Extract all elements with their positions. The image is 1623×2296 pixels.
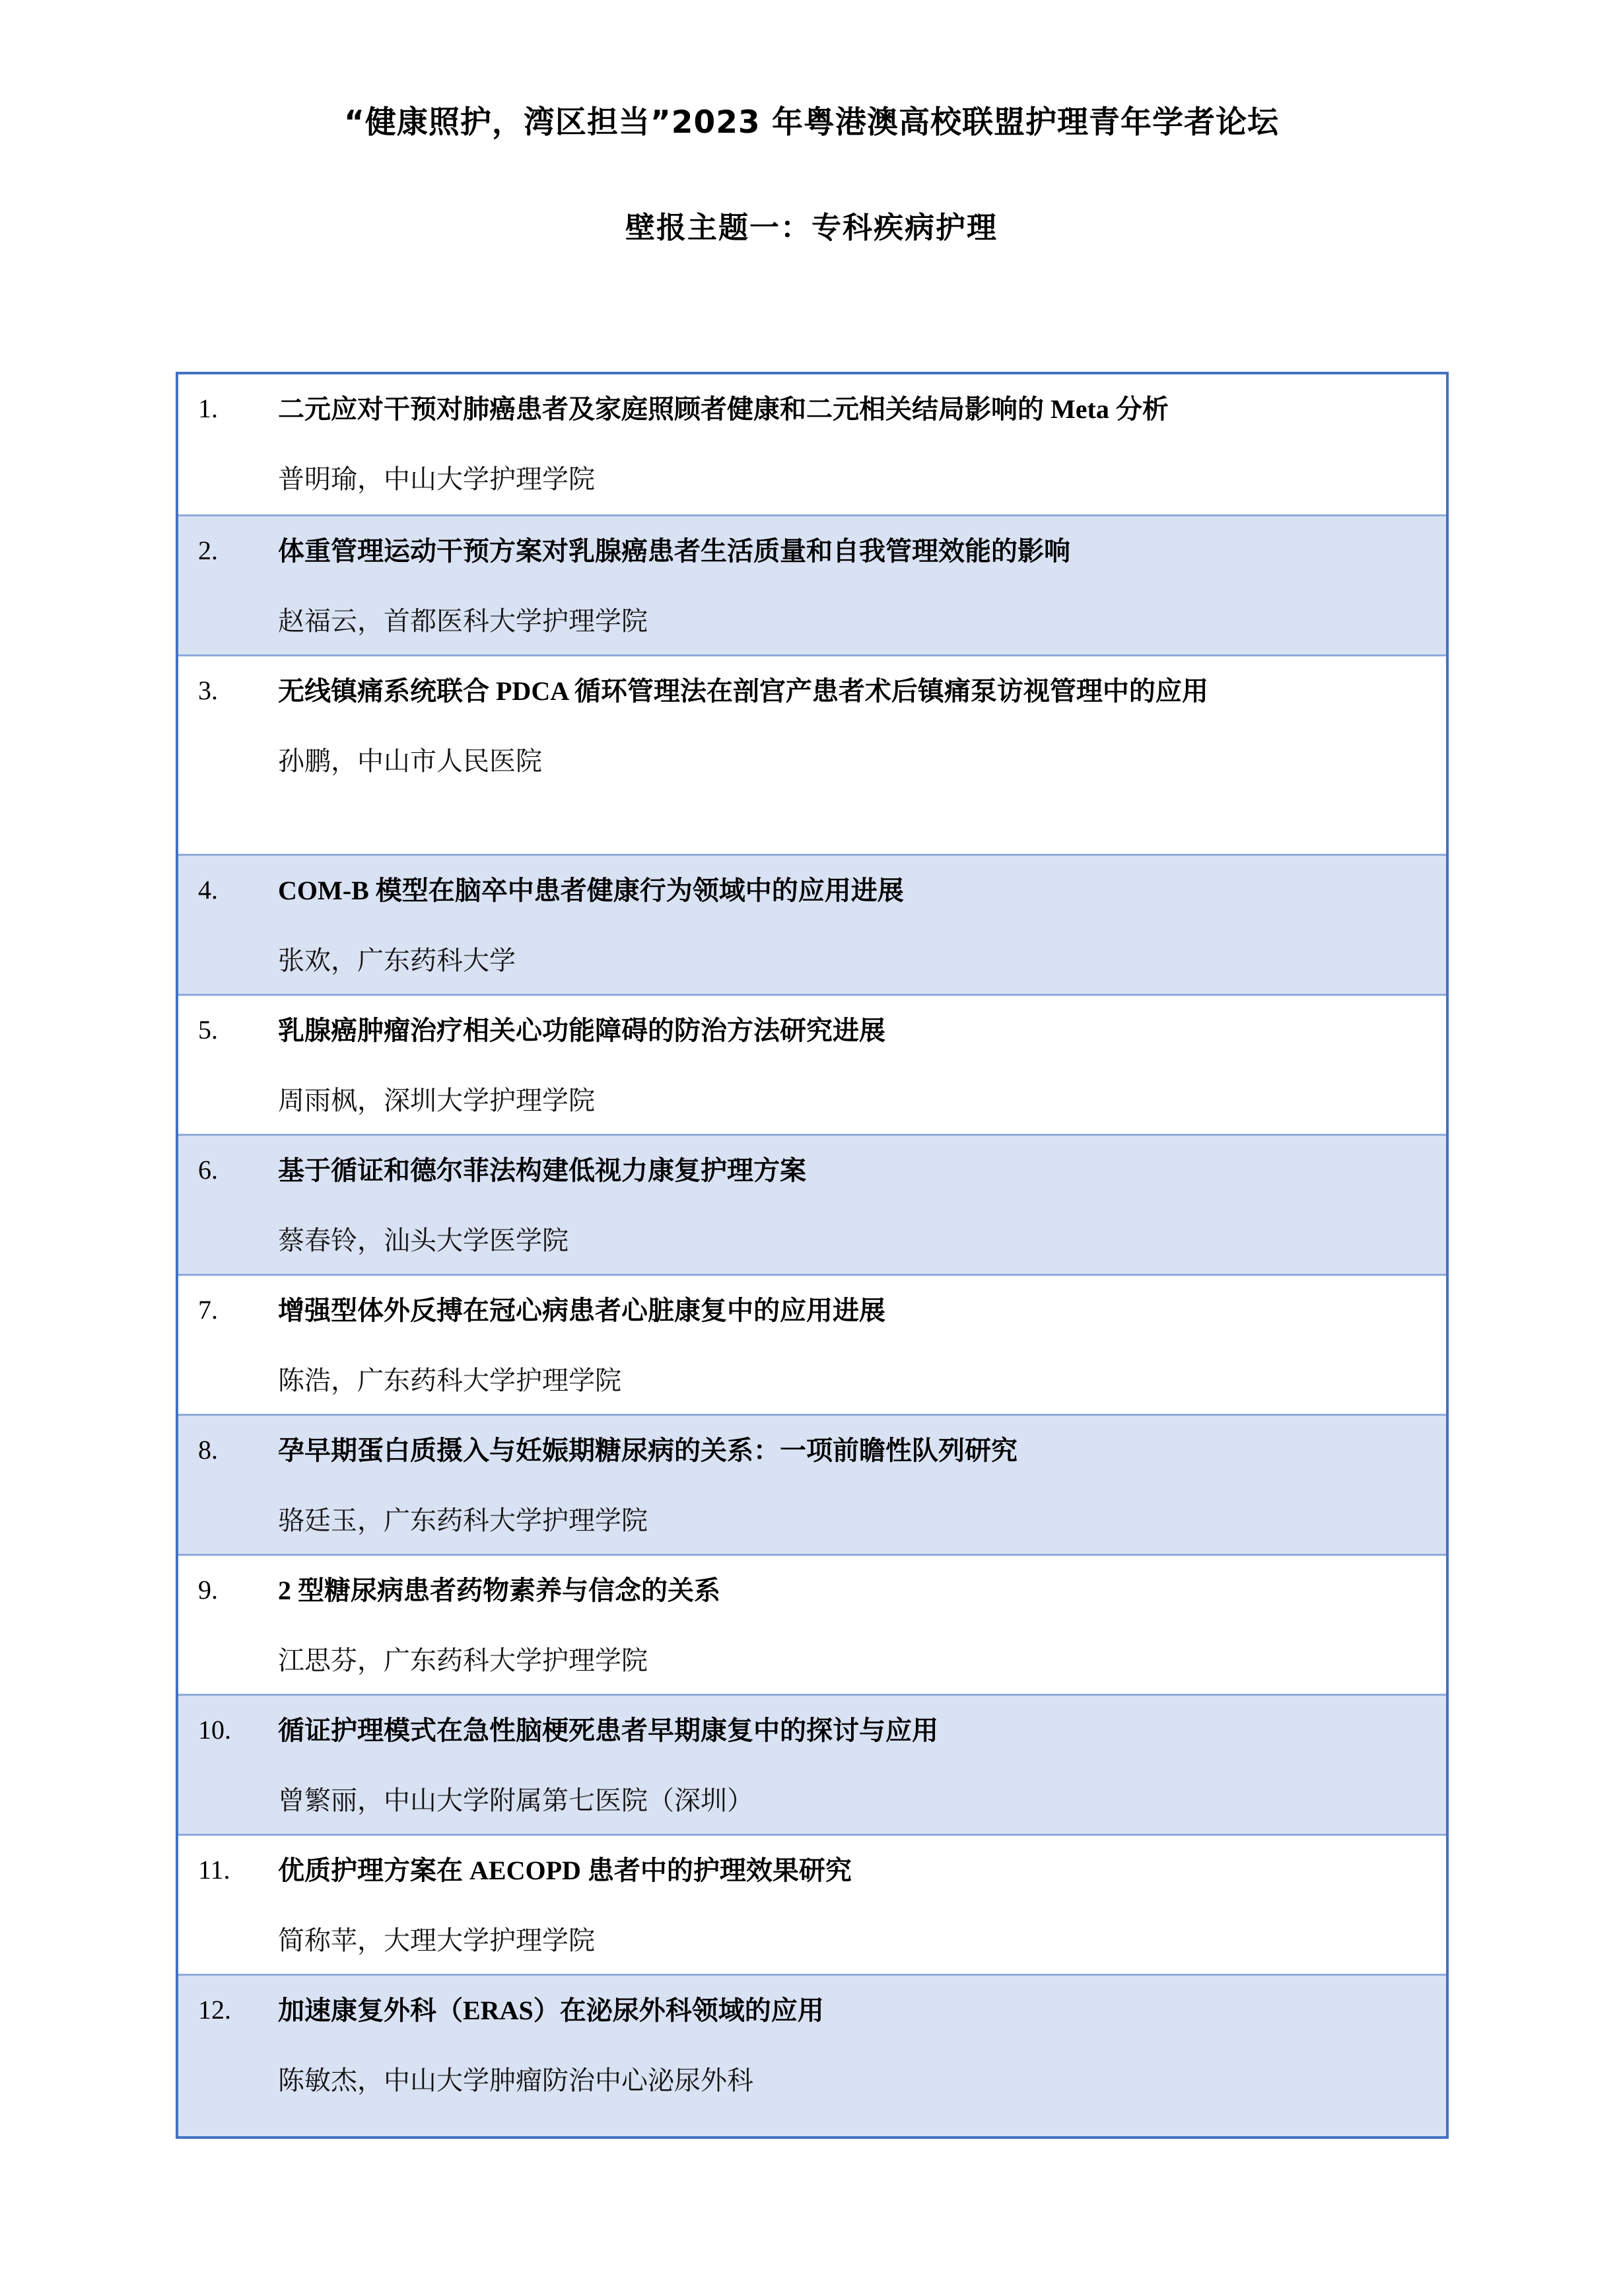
row-number: 5. bbox=[198, 1016, 278, 1045]
row-body: COM-B 模型在脑卒中患者健康行为领域中的应用进展 张欢，广东药科大学 bbox=[278, 876, 1433, 976]
page-subtitle: 壁报主题一：专科疾病护理 bbox=[0, 203, 1623, 246]
poster-title: 增强型体外反搏在冠心病患者心脏康复中的应用进展 bbox=[278, 1296, 1433, 1326]
row-number: 7. bbox=[198, 1296, 278, 1325]
row-body: 无线镇痛系统联合 PDCA 循环管理法在剖宫产患者术后镇痛泵访视管理中的应用 孙… bbox=[278, 676, 1433, 777]
row-number: 12. bbox=[198, 1996, 278, 2025]
table-row: 9. 2 型糖尿病患者药物素养与信念的关系 江思芬，广东药科大学护理学院 bbox=[178, 1554, 1446, 1694]
row-body: 体重管理运动干预方案对乳腺癌患者生活质量和自我管理效能的影响 赵福云，首都医科大… bbox=[278, 536, 1433, 637]
row-number: 2. bbox=[198, 536, 278, 565]
table-row: 3. 无线镇痛系统联合 PDCA 循环管理法在剖宫产患者术后镇痛泵访视管理中的应… bbox=[178, 654, 1446, 854]
row-number: 4. bbox=[198, 876, 278, 905]
poster-author: 普明瑜，中山大学护理学院 bbox=[278, 464, 1433, 495]
poster-author: 蔡春铃，汕头大学医学院 bbox=[278, 1226, 1433, 1256]
row-body: 循证护理模式在急性脑梗死患者早期康复中的探讨与应用 曾繁丽，中山大学附属第七医院… bbox=[278, 1716, 1433, 1816]
row-number: 6. bbox=[198, 1156, 278, 1185]
row-body: 优质护理方案在 AECOPD 患者中的护理效果研究 简称苹，大理大学护理学院 bbox=[278, 1856, 1433, 1956]
poster-title: 无线镇痛系统联合 PDCA 循环管理法在剖宫产患者术后镇痛泵访视管理中的应用 bbox=[278, 676, 1433, 707]
table-row: 2. 体重管理运动干预方案对乳腺癌患者生活质量和自我管理效能的影响 赵福云，首都… bbox=[178, 514, 1446, 654]
row-number: 9. bbox=[198, 1576, 278, 1605]
row-body: 基于循证和德尔菲法构建低视力康复护理方案 蔡春铃，汕头大学医学院 bbox=[278, 1156, 1433, 1256]
row-body: 二元应对干预对肺癌患者及家庭照顾者健康和二元相关结局影响的 Meta 分析 普明… bbox=[278, 394, 1433, 495]
poster-author: 骆廷玉，广东药科大学护理学院 bbox=[278, 1506, 1433, 1536]
row-number: 10. bbox=[198, 1716, 278, 1745]
table-row: 4. COM-B 模型在脑卒中患者健康行为领域中的应用进展 张欢，广东药科大学 bbox=[178, 854, 1446, 994]
poster-author: 陈敏杰，中山大学肿瘤防治中心泌尿外科 bbox=[278, 2066, 1433, 2096]
poster-title: 体重管理运动干预方案对乳腺癌患者生活质量和自我管理效能的影响 bbox=[278, 536, 1433, 567]
row-number: 8. bbox=[198, 1436, 278, 1465]
poster-author: 江思芬，广东药科大学护理学院 bbox=[278, 1646, 1433, 1676]
poster-list-table: 1. 二元应对干预对肺癌患者及家庭照顾者健康和二元相关结局影响的 Meta 分析… bbox=[176, 372, 1449, 2139]
table-row: 8. 孕早期蛋白质摄入与妊娠期糖尿病的关系：一项前瞻性队列研究 骆廷玉，广东药科… bbox=[178, 1414, 1446, 1554]
poster-title: 2 型糖尿病患者药物素养与信念的关系 bbox=[278, 1576, 1433, 1606]
table-row: 1. 二元应对干预对肺癌患者及家庭照顾者健康和二元相关结局影响的 Meta 分析… bbox=[178, 374, 1446, 514]
document-page: “健康照护，湾区担当”2023 年粤港澳高校联盟护理青年学者论坛 壁报主题一：专… bbox=[0, 0, 1623, 2296]
page-title: “健康照护，湾区担当”2023 年粤港澳高校联盟护理青年学者论坛 bbox=[0, 98, 1623, 142]
poster-title: 孕早期蛋白质摄入与妊娠期糖尿病的关系：一项前瞻性队列研究 bbox=[278, 1436, 1433, 1466]
table-row: 7. 增强型体外反搏在冠心病患者心脏康复中的应用进展 陈浩，广东药科大学护理学院 bbox=[178, 1274, 1446, 1414]
table-row: 10. 循证护理模式在急性脑梗死患者早期康复中的探讨与应用 曾繁丽，中山大学附属… bbox=[178, 1694, 1446, 1834]
poster-author: 陈浩，广东药科大学护理学院 bbox=[278, 1366, 1433, 1396]
poster-author: 曾繁丽，中山大学附属第七医院（深圳） bbox=[278, 1786, 1433, 1816]
poster-title: 加速康复外科（ERAS）在泌尿外科领域的应用 bbox=[278, 1996, 1433, 2026]
row-number: 3. bbox=[198, 676, 278, 705]
poster-author: 赵福云，首都医科大学护理学院 bbox=[278, 606, 1433, 637]
row-body: 孕早期蛋白质摄入与妊娠期糖尿病的关系：一项前瞻性队列研究 骆廷玉，广东药科大学护… bbox=[278, 1436, 1433, 1536]
row-number: 11. bbox=[198, 1856, 278, 1885]
poster-title: 循证护理模式在急性脑梗死患者早期康复中的探讨与应用 bbox=[278, 1716, 1433, 1746]
row-body: 加速康复外科（ERAS）在泌尿外科领域的应用 陈敏杰，中山大学肿瘤防治中心泌尿外… bbox=[278, 1996, 1433, 2096]
table-row: 6. 基于循证和德尔菲法构建低视力康复护理方案 蔡春铃，汕头大学医学院 bbox=[178, 1134, 1446, 1274]
table-row: 11. 优质护理方案在 AECOPD 患者中的护理效果研究 简称苹，大理大学护理… bbox=[178, 1834, 1446, 1974]
row-body: 2 型糖尿病患者药物素养与信念的关系 江思芬，广东药科大学护理学院 bbox=[278, 1576, 1433, 1676]
poster-title: 二元应对干预对肺癌患者及家庭照顾者健康和二元相关结局影响的 Meta 分析 bbox=[278, 394, 1433, 425]
row-body: 乳腺癌肿瘤治疗相关心功能障碍的防治方法研究进展 周雨枫，深圳大学护理学院 bbox=[278, 1016, 1433, 1116]
poster-title: 优质护理方案在 AECOPD 患者中的护理效果研究 bbox=[278, 1856, 1433, 1886]
poster-author: 孙鹏，中山市人民医院 bbox=[278, 746, 1433, 777]
table-row: 12. 加速康复外科（ERAS）在泌尿外科领域的应用 陈敏杰，中山大学肿瘤防治中… bbox=[178, 1974, 1446, 2136]
poster-title: 基于循证和德尔菲法构建低视力康复护理方案 bbox=[278, 1156, 1433, 1186]
table-row: 5. 乳腺癌肿瘤治疗相关心功能障碍的防治方法研究进展 周雨枫，深圳大学护理学院 bbox=[178, 994, 1446, 1134]
poster-title: COM-B 模型在脑卒中患者健康行为领域中的应用进展 bbox=[278, 876, 1433, 906]
poster-author: 张欢，广东药科大学 bbox=[278, 946, 1433, 976]
poster-title: 乳腺癌肿瘤治疗相关心功能障碍的防治方法研究进展 bbox=[278, 1016, 1433, 1046]
row-body: 增强型体外反搏在冠心病患者心脏康复中的应用进展 陈浩，广东药科大学护理学院 bbox=[278, 1296, 1433, 1396]
poster-author: 简称苹，大理大学护理学院 bbox=[278, 1926, 1433, 1956]
poster-author: 周雨枫，深圳大学护理学院 bbox=[278, 1086, 1433, 1116]
row-number: 1. bbox=[198, 394, 278, 423]
